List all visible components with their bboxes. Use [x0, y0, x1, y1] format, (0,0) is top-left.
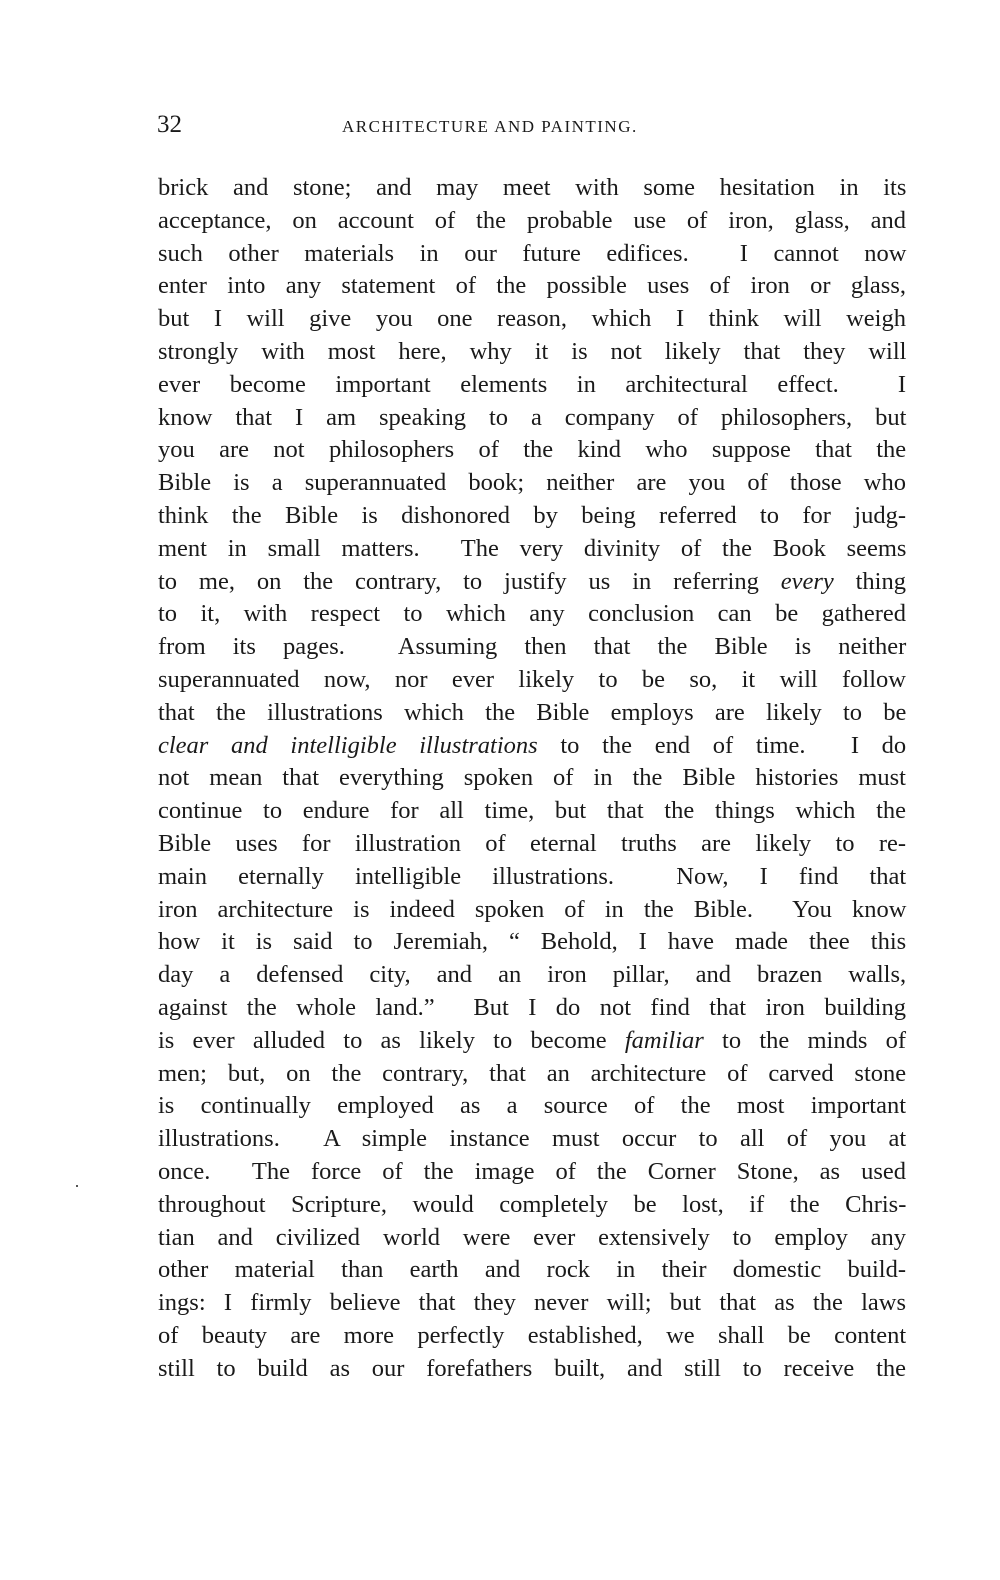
page-number: 32	[157, 108, 182, 142]
text-line: other material than earth and rock in th…	[158, 1254, 906, 1287]
text-segment: ings: I firmly believe that they never w…	[158, 1289, 906, 1316]
text-segment: is ever alluded to as likely to become	[158, 1027, 625, 1054]
text-segment: ment in small matters. The very divinity…	[158, 535, 906, 562]
text-line: iron architecture is indeed spoken of in…	[158, 894, 906, 927]
running-head: 32 ARCHITECTURE AND PAINTING.	[157, 108, 907, 142]
text-line: brick and stone; and may meet with some …	[158, 172, 906, 205]
text-line: is ever alluded to as likely to become f…	[158, 1025, 906, 1058]
text-segment: to the minds of	[704, 1027, 906, 1054]
text-segment: brick and stone; and may meet with some …	[158, 174, 906, 201]
text-line: Bible is a superannuated book; neither a…	[158, 467, 906, 500]
text-line: is continually employed as a source of t…	[158, 1090, 906, 1123]
text-line: tian and civilized world were ever exten…	[158, 1222, 906, 1255]
text-segment: superannuated now, nor ever likely to be…	[158, 666, 906, 693]
text-line: how it is said to Jeremiah, “ Behold, I …	[158, 926, 906, 959]
text-segment: think the Bible is dishonored by being r…	[158, 502, 906, 529]
text-line: but I will give you one reason, which I …	[158, 303, 906, 336]
text-segment: other material than earth and rock in th…	[158, 1256, 906, 1283]
text-line: of beauty are more perfectly established…	[158, 1320, 906, 1353]
text-line: strongly with most here, why it is not l…	[158, 336, 906, 369]
text-line: still to build as our forefathers built,…	[158, 1353, 906, 1386]
text-segment: enter into any statement of the possible…	[158, 272, 906, 299]
text-segment: men; but, on the contrary, that an archi…	[158, 1060, 906, 1087]
text-line: to me, on the contrary, to justify us in…	[158, 566, 906, 599]
text-line: continue to endure for all time, but tha…	[158, 795, 906, 828]
text-line: day a defensed city, and an iron pillar,…	[158, 959, 906, 992]
text-line: that the illustrations which the Bible e…	[158, 697, 906, 730]
text-line: not mean that everything spoken of in th…	[158, 762, 906, 795]
text-line: once. The force of the image of the Corn…	[158, 1156, 906, 1189]
text-segment: Bible is a superannuated book; neither a…	[158, 469, 906, 496]
text-line: main eternally intelligible illustration…	[158, 861, 906, 894]
text-line: clear and intelligible illustrations to …	[158, 730, 906, 763]
text-line: ment in small matters. The very divinity…	[158, 533, 906, 566]
text-segment: illustrations. A simple instance must oc…	[158, 1125, 906, 1152]
book-page: 32 ARCHITECTURE AND PAINTING. brick and …	[0, 0, 1000, 1580]
text-line: Bible uses for illustration of eternal t…	[158, 828, 906, 861]
text-segment: ever become important elements in archit…	[158, 371, 906, 398]
text-line: from its pages. Assuming then that the B…	[158, 631, 906, 664]
text-segment: thing	[834, 568, 906, 595]
text-segment: you are not philosophers of the kind who…	[158, 436, 906, 463]
text-segment: continue to endure for all time, but tha…	[158, 797, 906, 824]
text-line: acceptance, on account of the probable u…	[158, 205, 906, 238]
text-segment: day a defensed city, and an iron pillar,…	[158, 961, 906, 988]
text-segment: how it is said to Jeremiah, “ Behold, I …	[158, 928, 906, 955]
text-line: throughout Scripture, would completely b…	[158, 1189, 906, 1222]
text-segment: to me, on the contrary, to justify us in…	[158, 568, 781, 595]
text-segment: from its pages. Assuming then that the B…	[158, 633, 906, 660]
text-line: enter into any statement of the possible…	[158, 270, 906, 303]
text-segment: Bible uses for illustration of eternal t…	[158, 830, 906, 857]
body-text: brick and stone; and may meet with some …	[158, 172, 906, 1385]
text-line: to it, with respect to which any conclus…	[158, 598, 906, 631]
text-segment: tian and civilized world were ever exten…	[158, 1224, 906, 1251]
text-segment: that the illustrations which the Bible e…	[158, 699, 906, 726]
italic-text: every	[781, 568, 834, 595]
text-segment: such other materials in our future edifi…	[158, 240, 906, 267]
italic-text: familiar	[625, 1027, 704, 1054]
text-segment: to it, with respect to which any conclus…	[158, 600, 906, 627]
text-line: against the whole land.” But I do not fi…	[158, 992, 906, 1025]
text-segment: main eternally intelligible illustration…	[158, 863, 906, 890]
text-segment: is continually employed as a source of t…	[158, 1092, 906, 1119]
text-segment: not mean that everything spoken of in th…	[158, 764, 906, 791]
text-segment: to the end of time. I do	[538, 732, 906, 759]
text-line: such other materials in our future edifi…	[158, 238, 906, 271]
text-segment: know that I am speaking to a company of …	[158, 404, 906, 431]
text-line: you are not philosophers of the kind who…	[158, 434, 906, 467]
text-segment: against the whole land.” But I do not fi…	[158, 994, 906, 1021]
text-segment: but I will give you one reason, which I …	[158, 305, 906, 332]
italic-text: clear and intelligible illustrations	[158, 732, 538, 759]
text-segment: iron architecture is indeed spoken of in…	[158, 896, 906, 923]
text-segment: strongly with most here, why it is not l…	[158, 338, 906, 365]
text-line: ings: I firmly believe that they never w…	[158, 1287, 906, 1320]
text-segment: of beauty are more perfectly established…	[158, 1322, 906, 1349]
text-line: illustrations. A simple instance must oc…	[158, 1123, 906, 1156]
text-line: think the Bible is dishonored by being r…	[158, 500, 906, 533]
text-line: know that I am speaking to a company of …	[158, 402, 906, 435]
text-line: ever become important elements in archit…	[158, 369, 906, 402]
text-segment: still to build as our forefathers built,…	[158, 1355, 906, 1382]
text-segment: throughout Scripture, would completely b…	[158, 1191, 906, 1218]
text-segment: once. The force of the image of the Corn…	[158, 1158, 906, 1185]
text-line: men; but, on the contrary, that an archi…	[158, 1058, 906, 1091]
text-segment: acceptance, on account of the probable u…	[158, 207, 906, 234]
text-line: superannuated now, nor ever likely to be…	[158, 664, 906, 697]
scan-speck	[76, 1185, 78, 1187]
running-title: ARCHITECTURE AND PAINTING.	[342, 112, 638, 142]
